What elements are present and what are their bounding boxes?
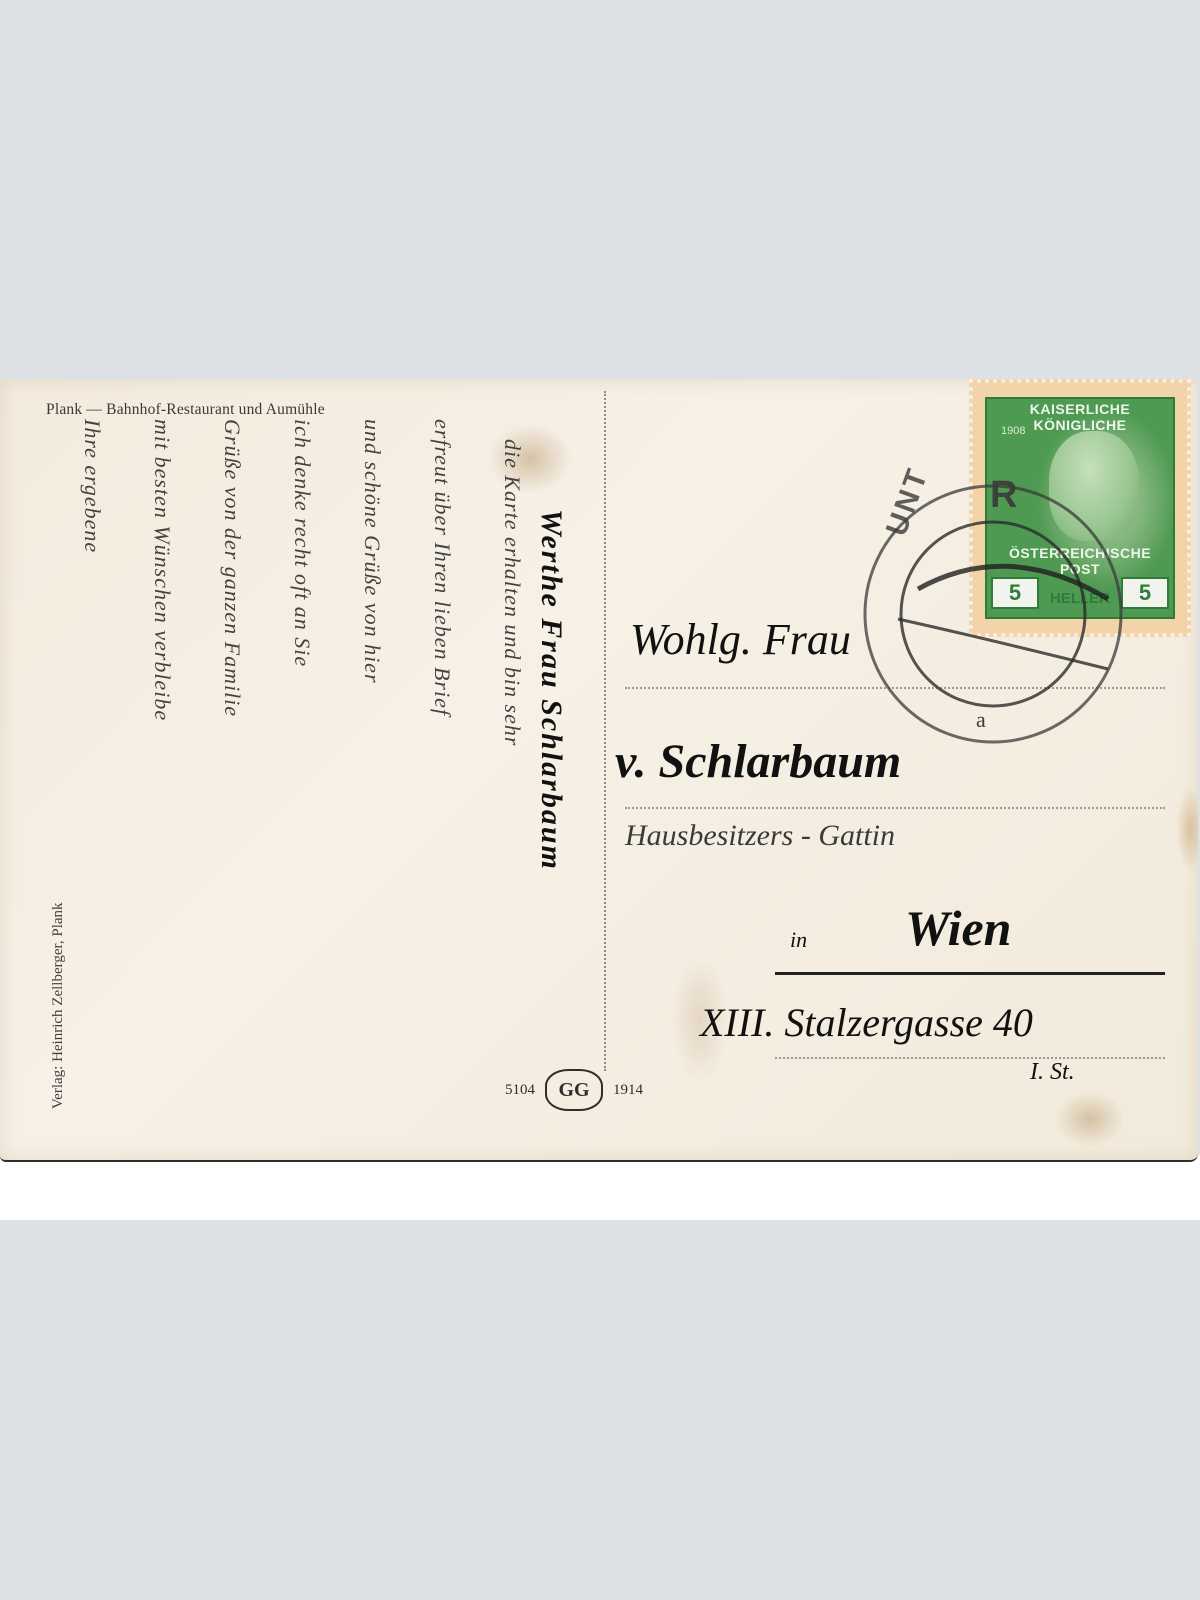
message-line: Ihre ergebene — [79, 419, 105, 553]
address-salutation: Wohlg. Frau — [630, 614, 851, 665]
publisher-logo-icon: GG — [545, 1069, 603, 1111]
message-line: Grüße von der ganzen Familie — [219, 419, 245, 717]
message-address-divider — [604, 391, 606, 1071]
publisher-imprint: Verlag: Heinrich Zellberger, Plank — [50, 902, 67, 1109]
stamp-country-text: ÖSTERREICHISCHE POST — [993, 545, 1167, 577]
postmark-code: a — [976, 707, 986, 733]
address-rule — [625, 807, 1165, 809]
white-band — [0, 1155, 1200, 1220]
message-greeting: Werthe Frau Schlarbaum — [534, 509, 568, 871]
postmark-town: UNT — [880, 463, 936, 541]
message-line: und schöne Grüße von hier — [359, 419, 385, 684]
stamp-currency: HELLER — [1043, 590, 1117, 607]
card-number: 5104 — [505, 1082, 535, 1099]
address-title: Hausbesitzers - Gattin — [625, 819, 895, 853]
address-street: XIII. Stalzergasse 40 — [700, 999, 1033, 1046]
postcard-caption: Plank — Bahnhof-Restaurant und Aumühle — [46, 401, 325, 419]
message-line: erfreut über Ihren lieben Brief — [429, 419, 455, 716]
message-line: mit besten Wünschen verbleibe — [149, 419, 175, 721]
address-rule — [775, 1057, 1165, 1059]
address-city: Wien — [905, 899, 1012, 957]
message-line: ich denke recht oft an Sie — [289, 419, 315, 667]
address-rule — [625, 687, 1165, 689]
stamp-value-right: 5 — [1121, 577, 1169, 609]
postmark-letters: R — [990, 474, 1020, 517]
message-line: die Karte erhalten und bin sehr — [499, 439, 525, 746]
address-floor: I. St. — [1030, 1059, 1075, 1086]
address-city-prefix: in — [790, 927, 807, 953]
address-city-underline — [775, 972, 1165, 975]
address-name: v. Schlarbaum — [615, 734, 901, 789]
stamp-value-left: 5 — [991, 577, 1039, 609]
stamp-year: 1908 — [1001, 425, 1025, 437]
postcard: Plank — Bahnhof-Restaurant und Aumühle V… — [0, 379, 1198, 1162]
card-imprint: 5104 GG 1914 — [505, 1069, 643, 1111]
card-year: 1914 — [613, 1082, 643, 1099]
portrait-emperor-icon — [1049, 431, 1139, 541]
